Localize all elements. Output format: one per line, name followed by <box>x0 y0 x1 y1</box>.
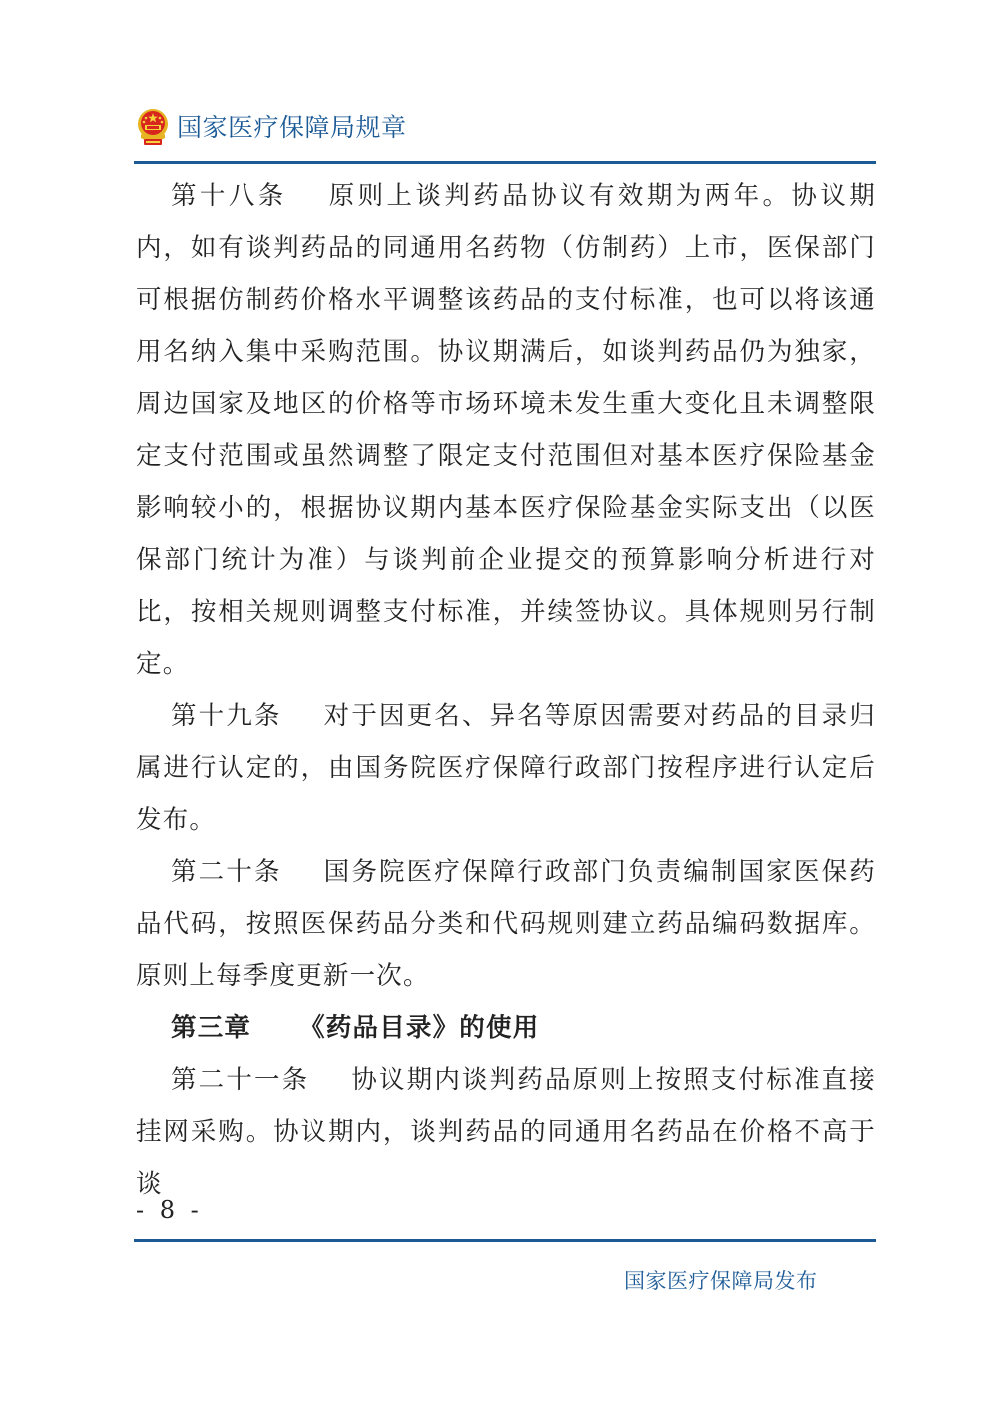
page-number: - 8 - <box>136 1196 203 1224</box>
article-20: 第二十条国务院医疗保障行政部门负责编制国家医保药品代码，按照医保药品分类和代码规… <box>136 846 876 1002</box>
footer-publisher: 国家医疗保障局发布 <box>624 1265 818 1295</box>
header-divider <box>134 161 876 164</box>
article-18: 第十八条原则上谈判药品协议有效期为两年。协议期内，如有谈判药品的同通用名药物（仿… <box>136 170 876 690</box>
article-number: 第十八条 <box>171 181 287 211</box>
document-body: 第十八条原则上谈判药品协议有效期为两年。协议期内，如有谈判药品的同通用名药物（仿… <box>136 170 876 1210</box>
chapter-title: 《药品目录》的使用 <box>299 1013 539 1043</box>
national-emblem-icon <box>136 108 170 148</box>
footer-divider <box>134 1239 876 1242</box>
article-text: 原则上谈判药品协议有效期为两年。协议期内，如有谈判药品的同通用名药物（仿制药）上… <box>136 181 876 679</box>
article-number: 第二十一条 <box>171 1065 309 1095</box>
header-title: 国家医疗保障局规章 <box>177 108 407 148</box>
article-19: 第十九条对于因更名、异名等原因需要对药品的目录归属进行认定的，由国务院医疗保障行… <box>136 690 876 846</box>
chapter-heading: 第三章《药品目录》的使用 <box>136 1002 876 1054</box>
document-header: 国家医疗保障局规章 <box>136 103 407 153</box>
article-number: 第二十条 <box>171 857 282 887</box>
chapter-number: 第三章 <box>171 1013 251 1043</box>
article-number: 第十九条 <box>171 701 282 731</box>
article-21: 第二十一条协议期内谈判药品原则上按照支付标准直接挂网采购。协议期内，谈判药品的同… <box>136 1054 876 1210</box>
